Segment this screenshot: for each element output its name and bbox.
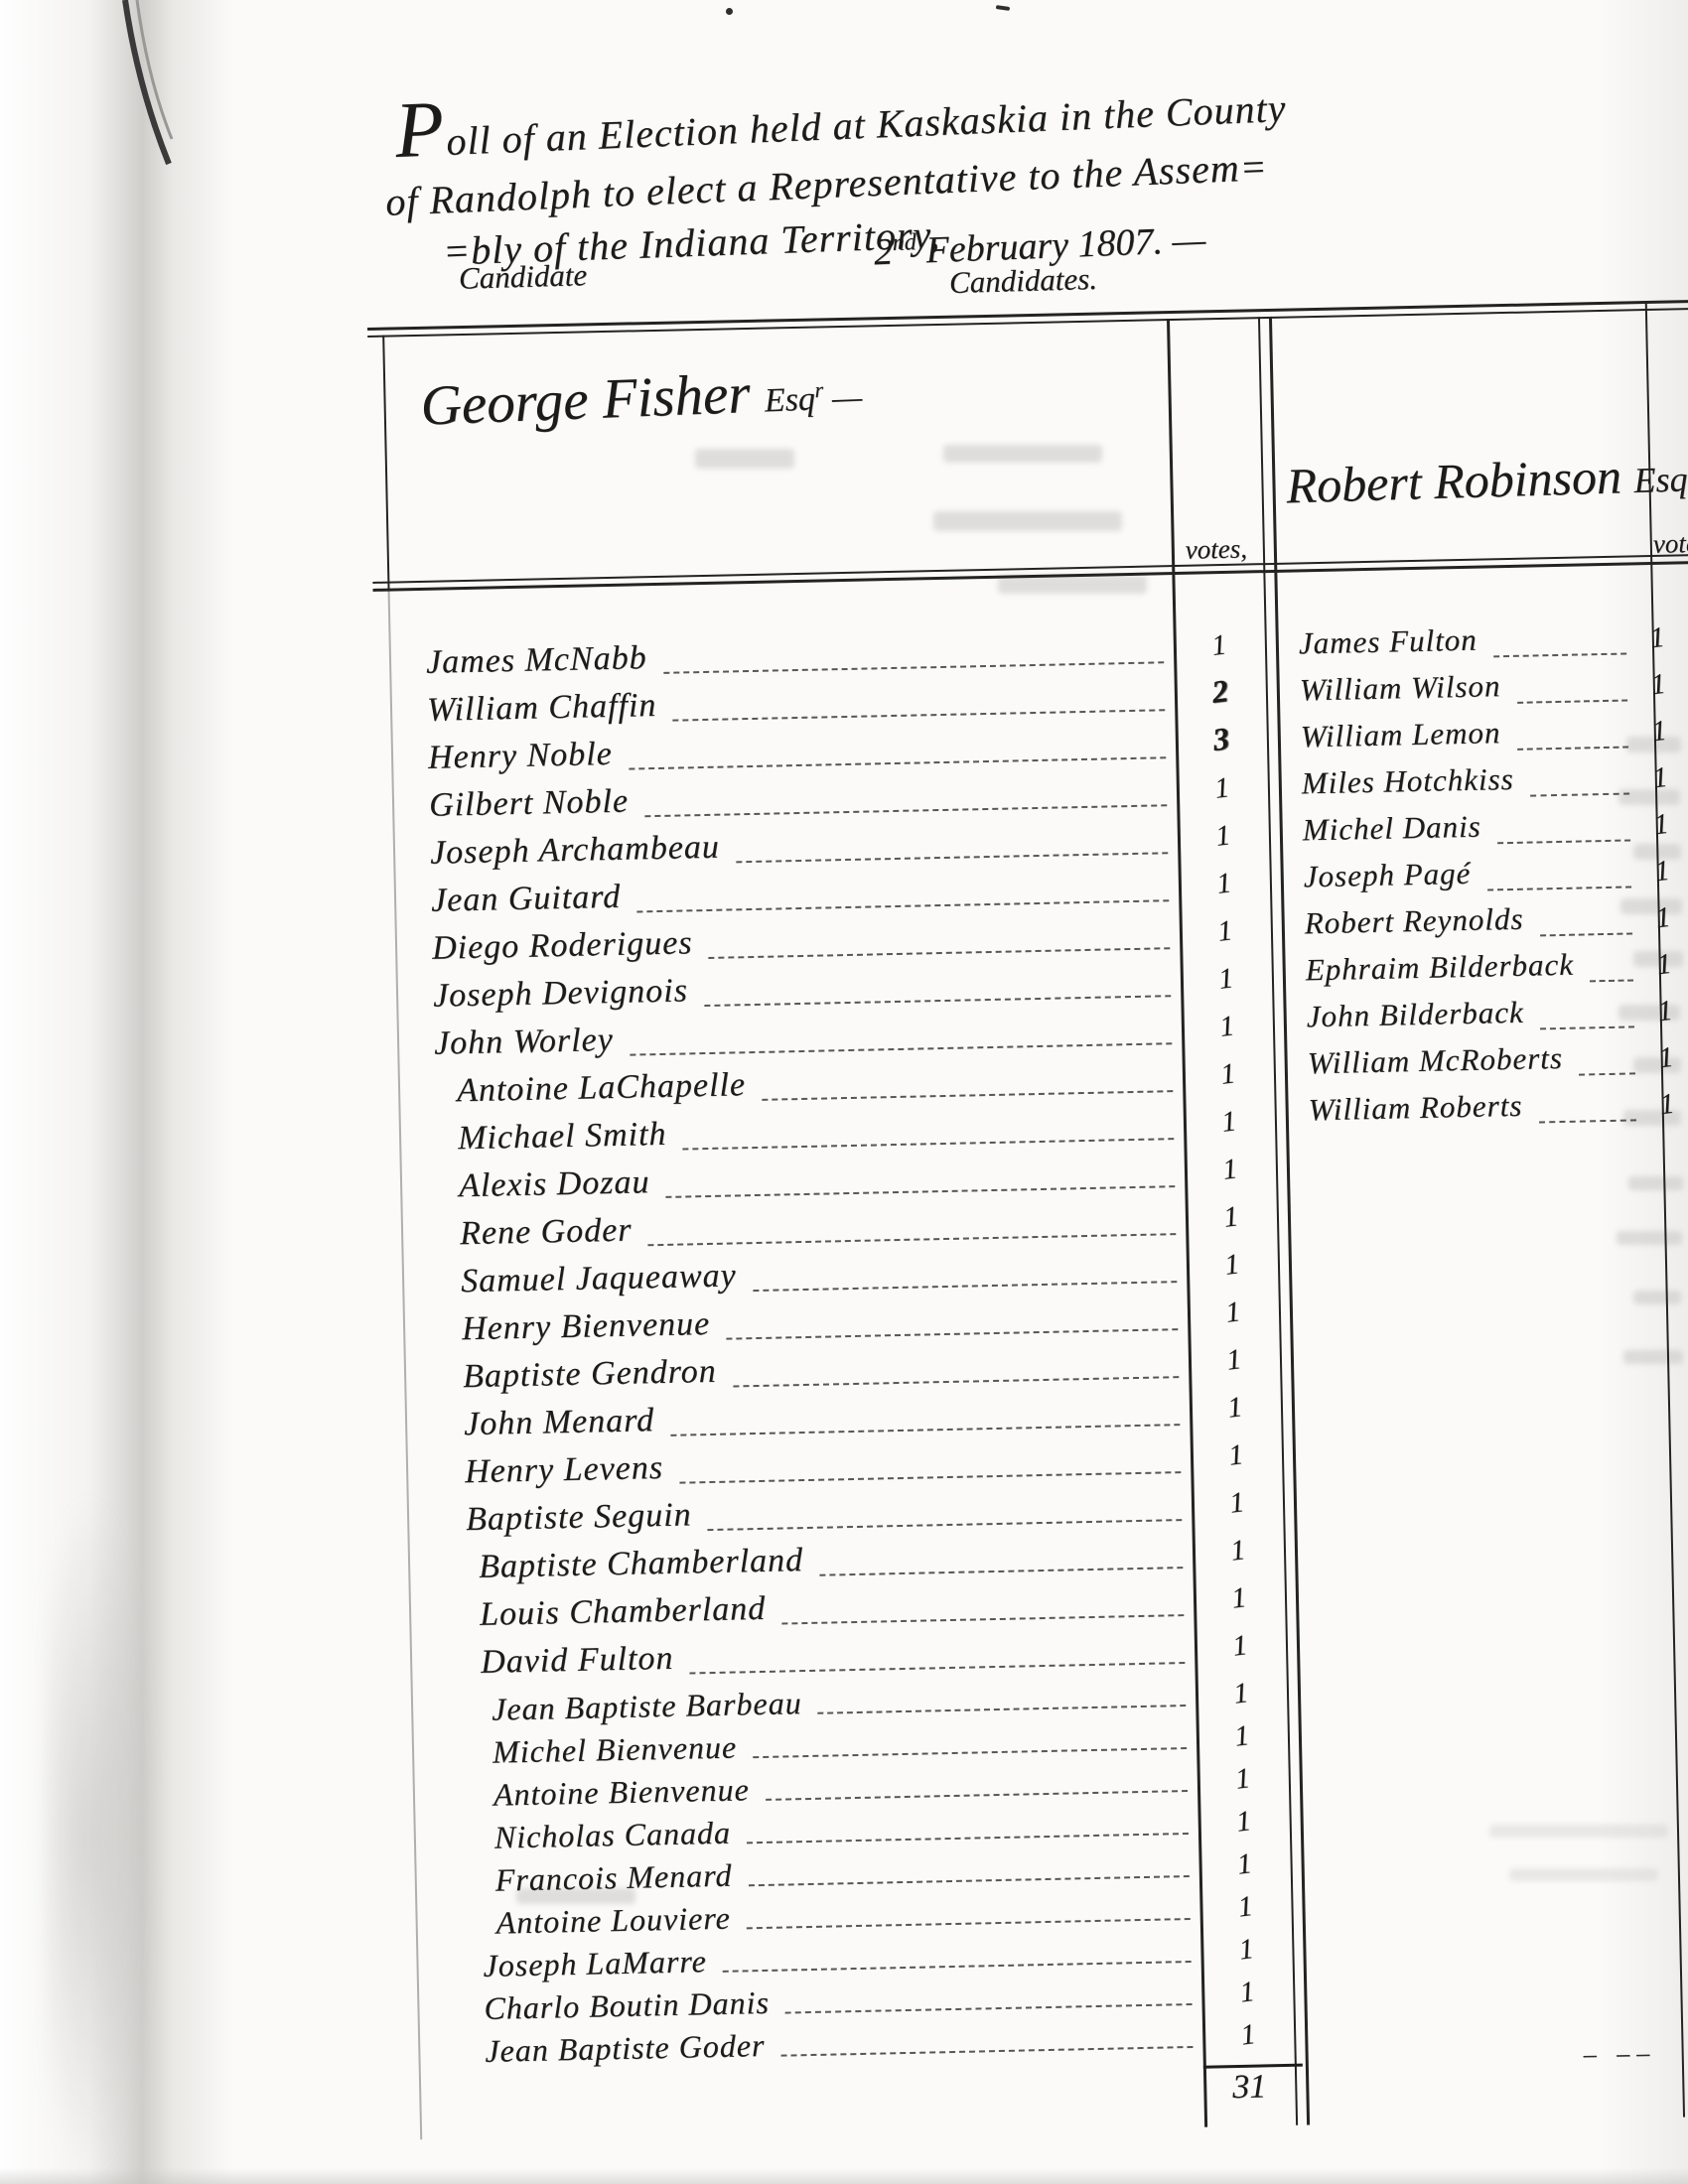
ink-speck <box>726 8 733 15</box>
voter-name: Jean Baptiste Goder <box>485 2027 766 2070</box>
voter-name: Baptiste Gendron <box>463 1353 717 1396</box>
voter-row: Joseph Pagé 1 <box>1297 850 1688 905</box>
vote-tally: 1 <box>1195 1714 1289 1758</box>
dotted-leader <box>683 1138 1175 1150</box>
vote-tally: 1 <box>1178 909 1272 953</box>
dotted-leader <box>1579 1072 1635 1075</box>
vote-tally: 1 <box>1188 1386 1282 1430</box>
voter-name: Baptiste Chamberland <box>479 1542 804 1586</box>
dotted-leader <box>766 1790 1188 1801</box>
voter-row: John Bilderback 1 <box>1300 990 1688 1045</box>
vote-tally: 1 <box>1183 1148 1277 1191</box>
voter-name: Baptiste Seguin <box>466 1496 692 1539</box>
dotted-leader <box>630 1042 1172 1055</box>
dotted-leader <box>1497 839 1630 844</box>
vote-tally: 1 <box>1186 1291 1280 1334</box>
dotted-leader <box>781 2046 1194 2057</box>
dotted-leader <box>818 1705 1186 1714</box>
dotted-leader <box>679 1471 1181 1484</box>
voter-name: Jean Guitard <box>431 879 622 920</box>
page-curl-icon <box>60 0 278 189</box>
dotted-leader <box>819 1567 1183 1576</box>
voter-name: Henry Bienvenue <box>462 1305 711 1348</box>
vote-tally: 1 <box>1190 1481 1284 1525</box>
dotted-leader <box>708 1519 1182 1531</box>
table-header-rule <box>373 561 1688 592</box>
candidate-signature-right: Robert Robinson Esq <box>1286 445 1688 514</box>
vote-tally: 1 <box>1177 862 1271 905</box>
candidate-label-left: Candidate <box>459 257 588 297</box>
voter-row: Robert Reynolds 1 <box>1298 896 1688 952</box>
voter-name: Antoine Bienvenue <box>493 1771 750 1813</box>
voter-name: Michel Bienvenue <box>492 1729 738 1771</box>
scanned-document-page: Poll of an Election held at Kaskaskia in… <box>0 0 1688 2184</box>
dotted-leader <box>663 661 1164 674</box>
poll-table: George Fisher Esqr — Robert Robinson Esq… <box>367 300 1688 2154</box>
vote-tally: 1 <box>1180 1005 1274 1048</box>
voter-name: Michael Smith <box>458 1116 667 1158</box>
voter-name: Joseph LaMarre <box>483 1943 707 1984</box>
dotted-leader <box>1540 932 1632 936</box>
candidate-signature-left: George Fisher Esqr — <box>419 357 863 439</box>
voter-name: Antoine LaChapelle <box>457 1066 747 1110</box>
vote-tally: 1 <box>1176 814 1270 858</box>
voter-name: David Fulton <box>481 1640 674 1682</box>
voter-name: Joseph Pagé <box>1303 856 1471 895</box>
vote-tally: 1 <box>1192 1576 1286 1620</box>
table-top-rule <box>367 300 1688 331</box>
voter-name: Jean Baptiste Barbeau <box>492 1685 802 1728</box>
vote-tally: 1 <box>1641 940 1688 985</box>
voter-name: William Lemon <box>1300 715 1500 754</box>
dotted-leader <box>1539 1119 1636 1123</box>
voter-name: Louis Chamberland <box>480 1590 767 1634</box>
dotted-leader <box>762 1090 1173 1101</box>
page-shadow <box>45 1489 154 2184</box>
vote-tally: 1 <box>1199 1971 1294 2014</box>
vote-tally: 1 <box>1193 1624 1287 1668</box>
vote-tally: 1 <box>1184 1195 1278 1239</box>
voter-list-right: James Fulton 1 William Wilson 1 William … <box>1292 616 1688 1139</box>
voter-name: William Wilson <box>1299 668 1500 708</box>
voter-name: John Menard <box>464 1402 655 1443</box>
vote-tally: 1 <box>1198 1885 1293 1929</box>
candidate-suffix: Esqr — <box>764 379 863 420</box>
voter-name: Nicholas Canada <box>493 1815 731 1856</box>
voter-row: William Roberts 1 <box>1302 1083 1688 1139</box>
dotted-leader <box>709 947 1170 959</box>
candidate-name: George Fisher <box>419 362 765 438</box>
voter-name: Robert Reynolds <box>1304 901 1523 942</box>
vote-tally: 1 <box>1636 707 1688 751</box>
voter-name: James Fulton <box>1298 622 1477 662</box>
candidate-name: Robert Robinson <box>1286 448 1634 513</box>
table-header-rule <box>372 554 1688 584</box>
voter-name: Diego Roderigues <box>432 924 693 967</box>
voter-name: William Roberts <box>1308 1088 1522 1129</box>
votes-total-mark-right: – –– <box>1583 2038 1656 2070</box>
voter-name: Henry Levens <box>465 1449 664 1491</box>
vote-tally: 1 <box>1635 660 1688 705</box>
voter-row: William McRoberts 1 <box>1301 1036 1688 1092</box>
voter-name: John Bilderback <box>1306 995 1524 1035</box>
voter-row: William Lemon 1 <box>1294 710 1688 765</box>
dotted-leader <box>747 1833 1189 1843</box>
votes-total-left: 31 <box>1201 2068 1298 2108</box>
vote-tally: 1 <box>1182 1100 1276 1144</box>
vote-tally: 1 <box>1639 847 1688 891</box>
table-border-line <box>382 336 389 592</box>
voter-name: Joseph Archambeau <box>430 829 721 873</box>
vote-tally: 1 <box>1199 1928 1294 1972</box>
dotted-leader <box>629 756 1166 769</box>
voter-name: John Worley <box>434 1022 614 1063</box>
voter-name: Alexis Dozau <box>459 1163 650 1205</box>
vote-tally: 1 <box>1196 1800 1291 1843</box>
votes-column-line <box>1645 304 1685 2117</box>
votes-column-header-right: votes, <box>1653 526 1688 560</box>
dotted-leader <box>733 1376 1179 1387</box>
dotted-leader <box>1487 886 1631 890</box>
voter-row: James Fulton 1 <box>1292 616 1688 672</box>
dotted-leader <box>749 1875 1190 1886</box>
voter-name: Miles Hotchkiss <box>1301 761 1514 801</box>
voter-row: Ephraim Bilderback 1 <box>1299 943 1688 999</box>
vote-tally: 1 <box>1194 1672 1288 1715</box>
dotted-leader <box>670 1424 1180 1436</box>
voter-name: Samuel Jaqueaway <box>461 1257 737 1300</box>
voter-row: William Wilson 1 <box>1293 663 1688 719</box>
dotted-leader <box>673 709 1166 721</box>
voter-row: Michel Danis 1 <box>1296 803 1688 859</box>
candidate-suffix: Esq <box>1633 459 1688 500</box>
voter-name: Ephraim Bilderback <box>1305 947 1574 989</box>
date-day: 2 <box>873 231 894 274</box>
dotted-leader <box>690 1662 1186 1674</box>
voter-name: William Chaffin <box>427 687 657 730</box>
candidate-label-right: Candidates. <box>949 261 1098 301</box>
dotted-leader <box>636 899 1169 912</box>
vote-tally: 1 <box>1644 1079 1688 1124</box>
dotted-leader <box>785 2003 1192 2014</box>
dotted-leader <box>723 1961 1192 1973</box>
vote-tally: 1 <box>1643 1032 1688 1077</box>
vote-tally: 1 <box>1181 1052 1275 1096</box>
voter-name: Antoine Louviere <box>495 1900 731 1942</box>
voter-list-left: James McNabb 1 William Chaffin 2 Henry N… <box>414 626 1295 2077</box>
dotted-leader <box>1530 792 1629 796</box>
dotted-leader <box>1517 746 1628 750</box>
voter-name: Francois Menard <box>494 1857 732 1899</box>
voter-name: Joseph Devignois <box>433 972 689 1015</box>
vote-tally: 1 <box>1638 800 1688 845</box>
vote-tally: 1 <box>1200 2013 1295 2057</box>
dotted-leader <box>782 1614 1185 1624</box>
voter-name: Henry Noble <box>428 736 613 777</box>
vote-tally: 1 <box>1187 1338 1281 1382</box>
vote-tally: 1 <box>1196 1757 1290 1801</box>
voter-name: Michel Danis <box>1302 809 1481 849</box>
voter-name: James McNabb <box>426 639 647 682</box>
dotted-leader <box>753 1281 1177 1292</box>
vote-tally: 1 <box>1175 766 1269 810</box>
vote-tally: 1 <box>1172 623 1266 667</box>
dotted-leader <box>1493 653 1626 658</box>
vote-tally: 1 <box>1637 753 1688 798</box>
vote-tally: 1 <box>1179 957 1273 1001</box>
dotted-leader <box>1590 979 1633 982</box>
dotted-leader <box>1540 1025 1634 1029</box>
page-edge-shadow <box>0 2168 1688 2184</box>
vote-tally: 1 <box>1185 1243 1279 1287</box>
voter-name: Charlo Boutin Danis <box>484 1984 770 2027</box>
voter-name: Rene Goder <box>460 1212 633 1254</box>
dotted-leader <box>704 995 1171 1007</box>
voter-name: Gilbert Noble <box>429 783 630 825</box>
dotted-leader <box>648 1233 1177 1246</box>
dotted-leader <box>736 852 1168 863</box>
ink-speck <box>996 5 1010 11</box>
votes-column-header-left: votes, <box>1167 533 1267 566</box>
dotted-leader <box>753 1747 1187 1758</box>
vote-tally: 1 <box>1197 1843 1292 1886</box>
dotted-leader <box>726 1328 1178 1340</box>
vote-tally: 1 <box>1640 893 1688 938</box>
date-ordinal: nd <box>892 229 916 256</box>
dotted-leader <box>644 804 1167 817</box>
vote-tally: 1 <box>1191 1529 1285 1572</box>
dotted-leader <box>1517 700 1627 704</box>
dotted-leader <box>666 1185 1176 1198</box>
vote-tally: 1 <box>1634 614 1688 658</box>
vote-tally: 1 <box>1642 986 1688 1030</box>
voter-name: William McRoberts <box>1307 1040 1563 1081</box>
vote-tally: 1 <box>1189 1433 1283 1477</box>
dotted-leader <box>747 1918 1191 1929</box>
voter-row: Miles Hotchkiss 1 <box>1295 756 1688 812</box>
